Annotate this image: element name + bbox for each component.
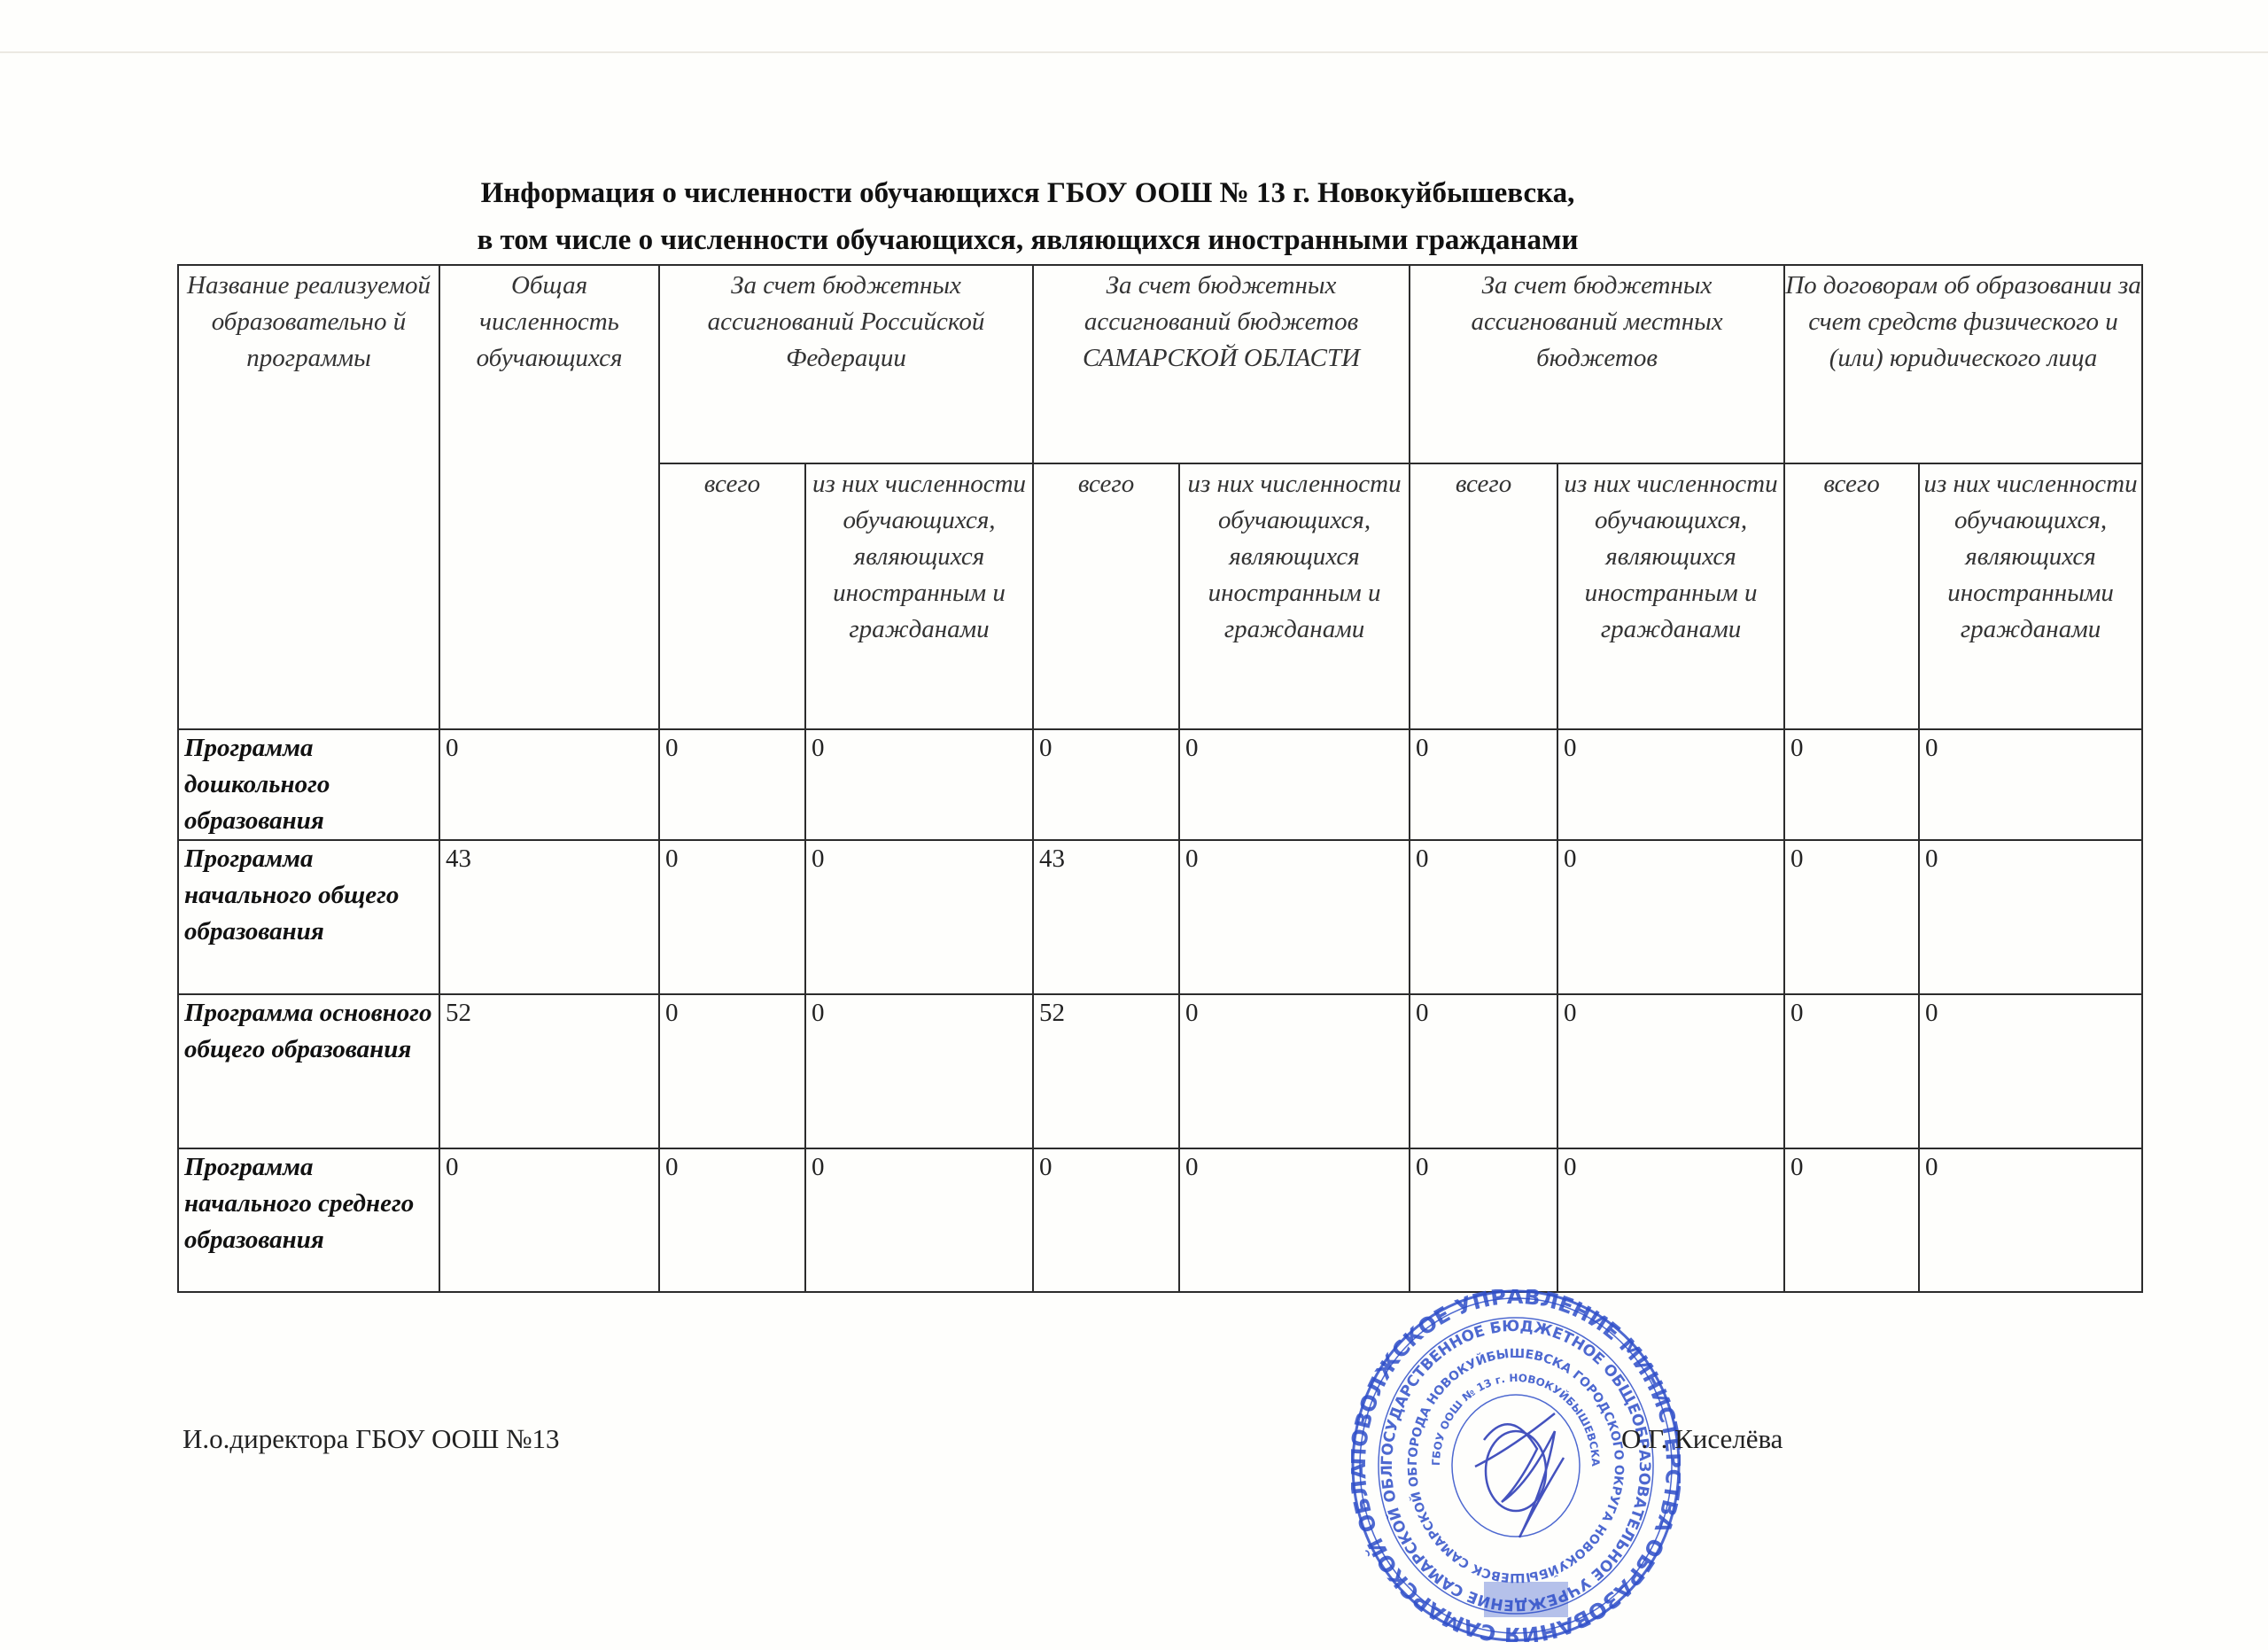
subheader-foreign: из них численности обучающихся, являющих… [1919,463,2142,729]
cell-value: 0 [1557,729,1784,840]
cell-value: 43 [1033,840,1179,994]
header-regional-budget: За счет бюджетных ассигнований бюджетов … [1033,265,1410,463]
cell-value: 0 [1557,840,1784,994]
cell-value: 0 [1919,1148,2142,1292]
signer-name: О.Г. Киселёва [1621,1423,1783,1455]
table-row: Программа начального среднего образовани… [178,1148,2142,1292]
cell-value: 0 [659,840,805,994]
cell-value: 0 [805,729,1033,840]
row-program-name: Программа начального общего образования [178,840,439,994]
cell-value: 0 [1410,1148,1557,1292]
cell-value: 0 [805,1148,1033,1292]
table-row: Программа начального общего образования … [178,840,2142,994]
row-program-name: Программа начального среднего образовани… [178,1148,439,1292]
students-count-table: Название реализуемой образовательно й пр… [177,264,2143,1293]
cell-value: 0 [1410,729,1557,840]
subheader-all: всего [1033,463,1179,729]
cell-total: 43 [439,840,659,994]
svg-text:ГБОУ ООШ № 13 г. НОВОКУЙБЫШЕВС: ГБОУ ООШ № 13 г. НОВОКУЙБЫШЕВСКА [1430,1372,1602,1467]
cell-total: 0 [439,1148,659,1292]
cell-value: 0 [1179,994,1410,1148]
subheader-all: всего [1784,463,1919,729]
table-row: Программа основного общего образования 5… [178,994,2142,1148]
cell-value: 0 [659,994,805,1148]
subheader-foreign: из них численности обучающихся, являющих… [1557,463,1784,729]
signer-position: И.о.директора ГБОУ ООШ №13 [183,1423,560,1455]
header-total-students: Общая численность обучающихся [439,265,659,729]
cell-value: 0 [1919,729,2142,840]
header-contract: По договорам об образовании за счет сред… [1784,265,2142,463]
cell-value: 0 [805,994,1033,1148]
cell-value: 0 [1410,840,1557,994]
subheader-foreign: из них численности обучающихся, являющих… [1179,463,1410,729]
cell-value: 0 [1919,994,2142,1148]
cell-value: 0 [1784,729,1919,840]
cell-value: 0 [1179,1148,1410,1292]
row-program-name: Программа дошкольного образования [178,729,439,840]
subheader-foreign: из них численности обучающихся, являющих… [805,463,1033,729]
official-stamp-icon: ПОВОЛЖСКОЕ УПРАВЛЕНИЕ МИНИСТЕРСТВА ОБРАЗ… [1351,1289,1681,1642]
cell-value: 0 [1033,729,1179,840]
header-program-name: Название реализуемой образовательно й пр… [178,265,439,729]
cell-value: 52 [1033,994,1179,1148]
cell-value: 0 [1033,1148,1179,1292]
cell-value: 0 [1784,840,1919,994]
cell-total: 0 [439,729,659,840]
cell-value: 0 [659,729,805,840]
cell-value: 0 [1179,729,1410,840]
cell-value: 0 [1919,840,2142,994]
cell-value: 0 [1557,994,1784,1148]
cell-value: 0 [805,840,1033,994]
cell-value: 0 [1784,994,1919,1148]
document-title-line-1: Информация о численности обучающихся ГБО… [0,177,2162,210]
table-row: Программа дошкольного образования 0 0 0 … [178,729,2142,840]
document-title-line-2: в том числе о численности обучающихся, я… [0,224,2162,257]
header-local-budget: За счет бюджетных ассигнований местных б… [1410,265,1784,463]
cell-value: 0 [659,1148,805,1292]
cell-value: 0 [1179,840,1410,994]
header-federal-budget: За счет бюджетных ассигнований Российско… [659,265,1033,463]
cell-value: 0 [1410,994,1557,1148]
cell-value: 0 [1557,1148,1784,1292]
cell-total: 52 [439,994,659,1148]
cell-value: 0 [1784,1148,1919,1292]
subheader-all: всего [1410,463,1557,729]
subheader-all: всего [659,463,805,729]
row-program-name: Программа основного общего образования [178,994,439,1148]
scan-fold-line [0,51,2268,53]
